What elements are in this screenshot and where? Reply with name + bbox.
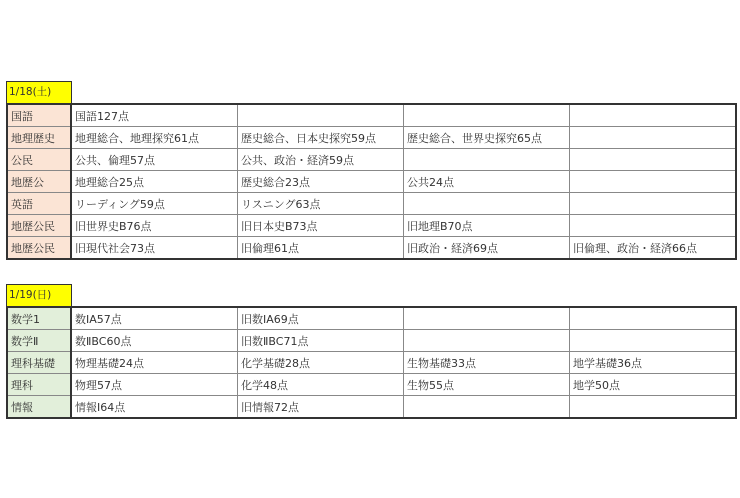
score-cell[interactable] <box>570 396 737 419</box>
score-cell[interactable]: 旧地理B70点 <box>404 215 570 237</box>
score-cell[interactable]: 物理57点 <box>71 374 238 396</box>
score-cell[interactable] <box>404 307 570 330</box>
score-cell[interactable]: 物理基礎24点 <box>71 352 238 374</box>
score-cell[interactable]: 数ⅠA57点 <box>71 307 238 330</box>
date-label: 1/18(土) <box>6 81 72 103</box>
score-cell[interactable] <box>404 193 570 215</box>
score-cell[interactable]: 生物基礎33点 <box>404 352 570 374</box>
table-row: 国語国語127点 <box>7 104 736 127</box>
score-cell[interactable]: 旧数ⅡBC71点 <box>238 330 404 352</box>
score-cell[interactable]: 旧倫理61点 <box>238 237 404 260</box>
score-cell[interactable]: 地学基礎36点 <box>570 352 737 374</box>
table-row: 地歴公民旧現代社会73点旧倫理61点旧政治・経済69点旧倫理、政治・経済66点 <box>7 237 736 260</box>
score-cell[interactable]: リーディング59点 <box>71 193 238 215</box>
score-cell[interactable] <box>570 104 737 127</box>
score-cell[interactable]: リスニング63点 <box>238 193 404 215</box>
table-row: 数学Ⅱ数ⅡBC60点旧数ⅡBC71点 <box>7 330 736 352</box>
score-cell[interactable] <box>404 104 570 127</box>
score-cell[interactable] <box>238 104 404 127</box>
subject-cell[interactable]: 公民 <box>7 149 71 171</box>
score-cell[interactable]: 歴史総合23点 <box>238 171 404 193</box>
score-cell[interactable]: 地理総合、地理探究61点 <box>71 127 238 149</box>
score-cell[interactable] <box>404 330 570 352</box>
table-row: 理科物理57点化学48点生物55点地学50点 <box>7 374 736 396</box>
score-cell[interactable]: 生物55点 <box>404 374 570 396</box>
score-cell[interactable]: 化学48点 <box>238 374 404 396</box>
score-cell[interactable] <box>570 193 737 215</box>
table-row: 公民公共、倫理57点公共、政治・経済59点 <box>7 149 736 171</box>
subject-cell[interactable]: 英語 <box>7 193 71 215</box>
table-row: 英語リーディング59点リスニング63点 <box>7 193 736 215</box>
score-cell[interactable]: 地理総合25点 <box>71 171 238 193</box>
subject-cell[interactable]: 地歴公 <box>7 171 71 193</box>
section-day2: 1/19(日) 数学1数ⅠA57点旧数ⅠA69点数学Ⅱ数ⅡBC60点旧数ⅡBC7… <box>6 284 737 419</box>
score-cell[interactable]: 歴史総合、日本史探究59点 <box>238 127 404 149</box>
date-label: 1/19(日) <box>6 284 72 306</box>
score-cell[interactable]: 旧世界史B76点 <box>71 215 238 237</box>
subject-cell[interactable]: 理科 <box>7 374 71 396</box>
table-row: 地歴公民旧世界史B76点旧日本史B73点旧地理B70点 <box>7 215 736 237</box>
table-row: 地理歴史地理総合、地理探究61点歴史総合、日本史探究59点歴史総合、世界史探究6… <box>7 127 736 149</box>
subject-cell[interactable]: 地歴公民 <box>7 237 71 260</box>
score-cell[interactable] <box>570 215 737 237</box>
score-cell[interactable]: 旧倫理、政治・経済66点 <box>570 237 737 260</box>
score-cell[interactable]: 旧情報72点 <box>238 396 404 419</box>
table-row: 数学1数ⅠA57点旧数ⅠA69点 <box>7 307 736 330</box>
score-cell[interactable]: 旧数ⅠA69点 <box>238 307 404 330</box>
score-cell[interactable] <box>570 127 737 149</box>
score-cell[interactable]: 情報Ⅰ64点 <box>71 396 238 419</box>
score-cell[interactable]: 旧現代社会73点 <box>71 237 238 260</box>
score-table-day2: 数学1数ⅠA57点旧数ⅠA69点数学Ⅱ数ⅡBC60点旧数ⅡBC71点理科基礎物理… <box>6 306 737 419</box>
subject-cell[interactable]: 地歴公民 <box>7 215 71 237</box>
subject-cell[interactable]: 地理歴史 <box>7 127 71 149</box>
subject-cell[interactable]: 情報 <box>7 396 71 419</box>
score-cell[interactable] <box>570 307 737 330</box>
table-row: 情報情報Ⅰ64点旧情報72点 <box>7 396 736 419</box>
score-cell[interactable]: 国語127点 <box>71 104 238 127</box>
subject-cell[interactable]: 数学Ⅱ <box>7 330 71 352</box>
score-cell[interactable] <box>404 396 570 419</box>
score-cell[interactable]: 数ⅡBC60点 <box>71 330 238 352</box>
subject-cell[interactable]: 数学1 <box>7 307 71 330</box>
score-table-day1: 国語国語127点地理歴史地理総合、地理探究61点歴史総合、日本史探究59点歴史総… <box>6 103 737 260</box>
score-cell[interactable]: 歴史総合、世界史探究65点 <box>404 127 570 149</box>
score-cell[interactable] <box>570 149 737 171</box>
score-cell[interactable]: 旧日本史B73点 <box>238 215 404 237</box>
section-day1: 1/18(土) 国語国語127点地理歴史地理総合、地理探究61点歴史総合、日本史… <box>6 81 737 260</box>
score-cell[interactable] <box>570 330 737 352</box>
score-cell[interactable]: 地学50点 <box>570 374 737 396</box>
score-cell[interactable] <box>570 171 737 193</box>
score-cell[interactable]: 化学基礎28点 <box>238 352 404 374</box>
table-row: 理科基礎物理基礎24点化学基礎28点生物基礎33点地学基礎36点 <box>7 352 736 374</box>
score-cell[interactable]: 公共、政治・経済59点 <box>238 149 404 171</box>
table-row: 地歴公地理総合25点歴史総合23点公共24点 <box>7 171 736 193</box>
subject-cell[interactable]: 理科基礎 <box>7 352 71 374</box>
subject-cell[interactable]: 国語 <box>7 104 71 127</box>
score-cell[interactable]: 旧政治・経済69点 <box>404 237 570 260</box>
score-cell[interactable]: 公共、倫理57点 <box>71 149 238 171</box>
score-cell[interactable] <box>404 149 570 171</box>
score-cell[interactable]: 公共24点 <box>404 171 570 193</box>
